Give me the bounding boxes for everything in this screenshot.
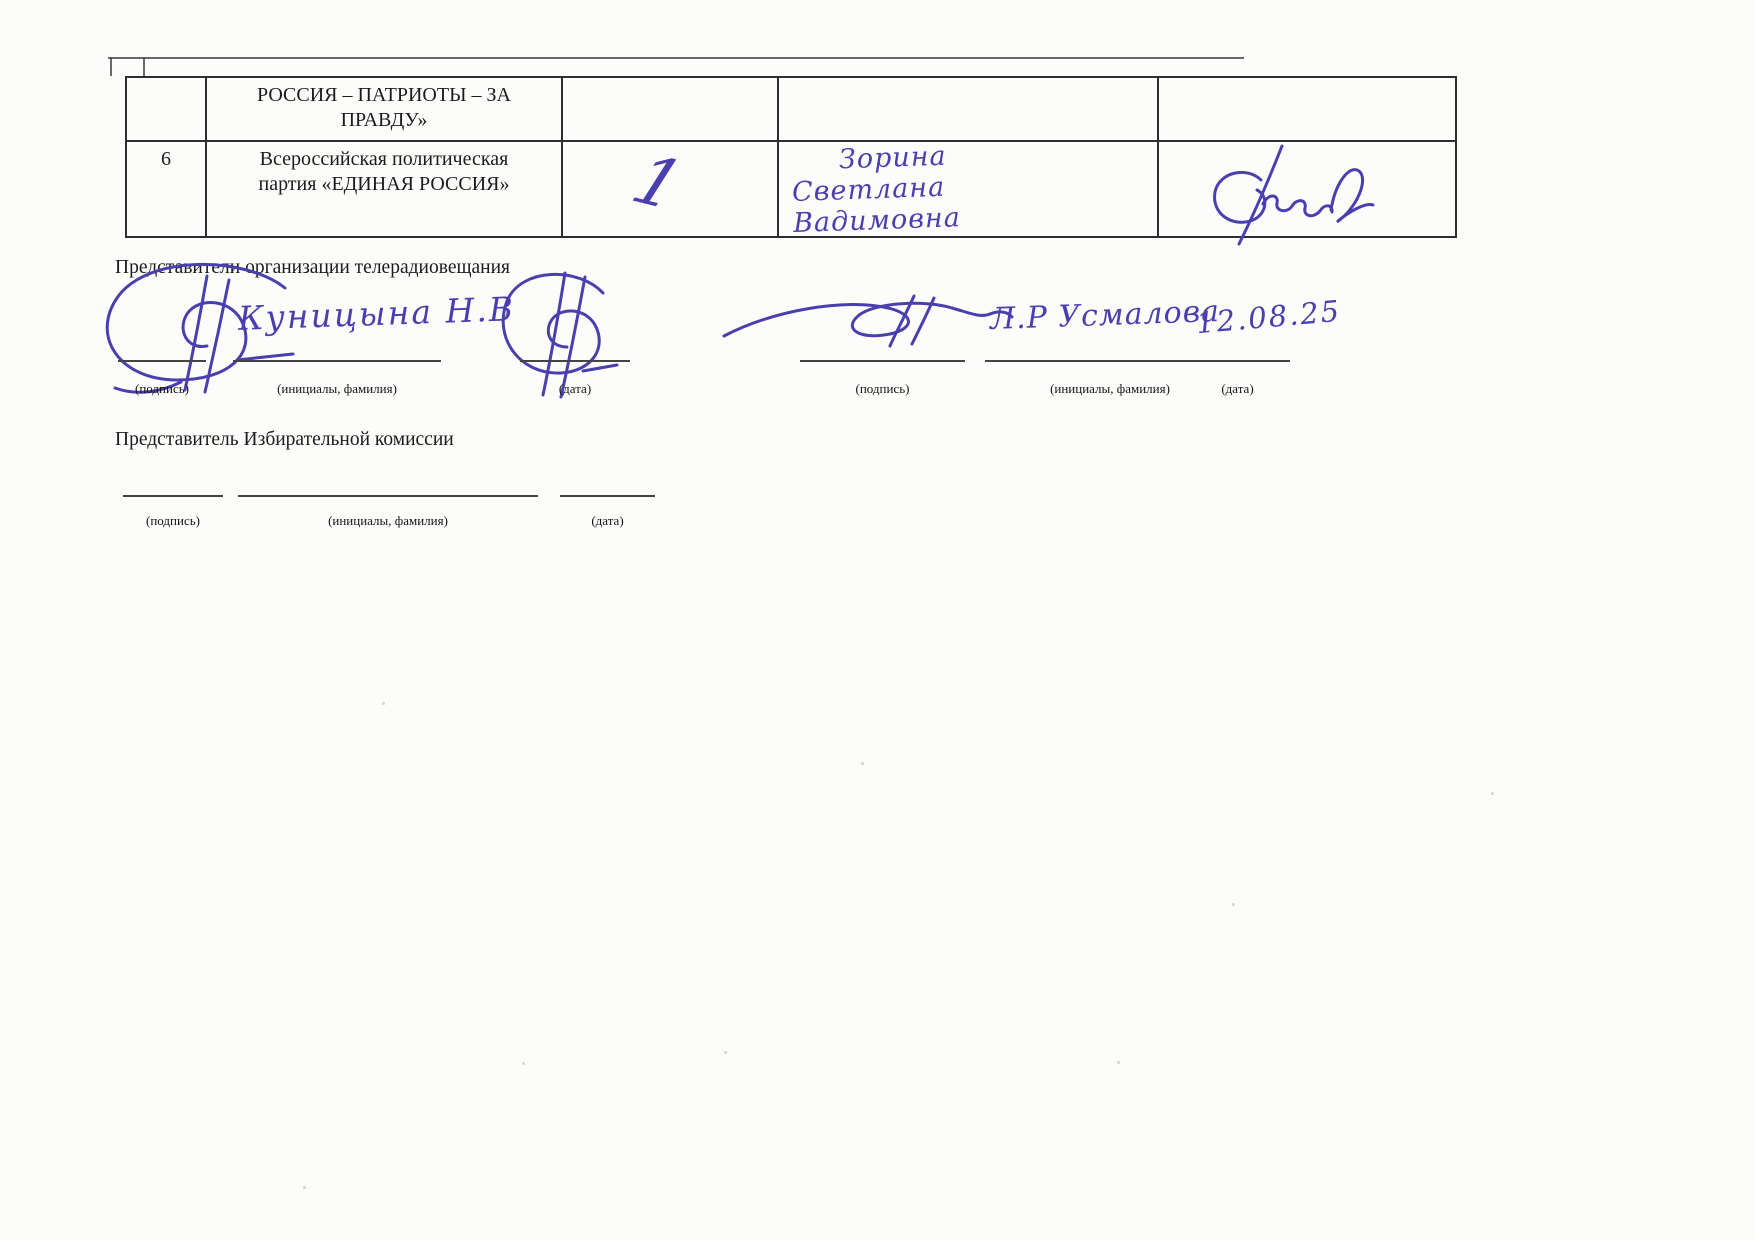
- scan-speckle: [724, 1051, 727, 1054]
- name-label: (инициалы, фамилия): [233, 381, 441, 397]
- cell-row-number: 6: [126, 141, 206, 237]
- signature-label: (подпись): [118, 381, 206, 397]
- date-line: [1185, 360, 1290, 362]
- handwritten-signature-row6: [1185, 140, 1375, 250]
- cell-number-empty: [126, 77, 206, 141]
- cell-empty: [1158, 77, 1456, 141]
- date-line: [560, 495, 655, 497]
- date-label: (дата): [520, 381, 630, 397]
- date-label: (дата): [560, 513, 655, 529]
- scan-speckle: [1117, 1061, 1120, 1064]
- name-label: (инициалы, фамилия): [238, 513, 538, 529]
- name-line: [233, 360, 441, 362]
- commission-heading: Представитель Избирательной комиссии: [115, 429, 454, 451]
- handwritten-signature-right-rep: [718, 292, 1018, 354]
- scanned-document-page: РОССИЯ – ПАТРИОТЫ – ЗА ПРАВДУ» 6 Всеросс…: [0, 0, 1754, 1240]
- handwritten-name: Зорина Светлана Вадимовна: [790, 136, 1083, 239]
- handwritten-name-left-rep: Куницына Н.В: [237, 289, 515, 338]
- scan-artifact-stub: [143, 57, 145, 76]
- table-row-continuation: РОССИЯ – ПАТРИОТЫ – ЗА ПРАВДУ»: [126, 77, 1456, 141]
- handwritten-name-right-rep: Л.Р Усмалова: [989, 294, 1220, 337]
- scan-speckle: [303, 1186, 306, 1189]
- scan-artifact-stub: [110, 57, 112, 76]
- scan-speckle: [861, 762, 864, 765]
- name-line: [238, 495, 538, 497]
- handwritten-signature-left-rep-date: [485, 263, 625, 398]
- scan-speckle: [382, 702, 385, 705]
- cell-party-continuation: РОССИЯ – ПАТРИОТЫ – ЗА ПРАВДУ»: [206, 77, 562, 141]
- scan-speckle: [1232, 903, 1235, 906]
- date-line: [520, 360, 630, 362]
- cell-empty: [778, 77, 1158, 141]
- cell-party-name: Всероссийская политическая партия «ЕДИНА…: [206, 141, 562, 237]
- signature-line: [118, 360, 206, 362]
- scan-artifact-line: [108, 57, 1244, 59]
- signature-label: (подпись): [800, 381, 965, 397]
- scan-speckle: [1491, 792, 1494, 795]
- signature-line: [800, 360, 965, 362]
- date-label: (дата): [1185, 381, 1290, 397]
- cell-empty: [562, 77, 778, 141]
- signature-label: (подпись): [123, 513, 223, 529]
- scan-speckle: [522, 1062, 525, 1065]
- signature-line: [123, 495, 223, 497]
